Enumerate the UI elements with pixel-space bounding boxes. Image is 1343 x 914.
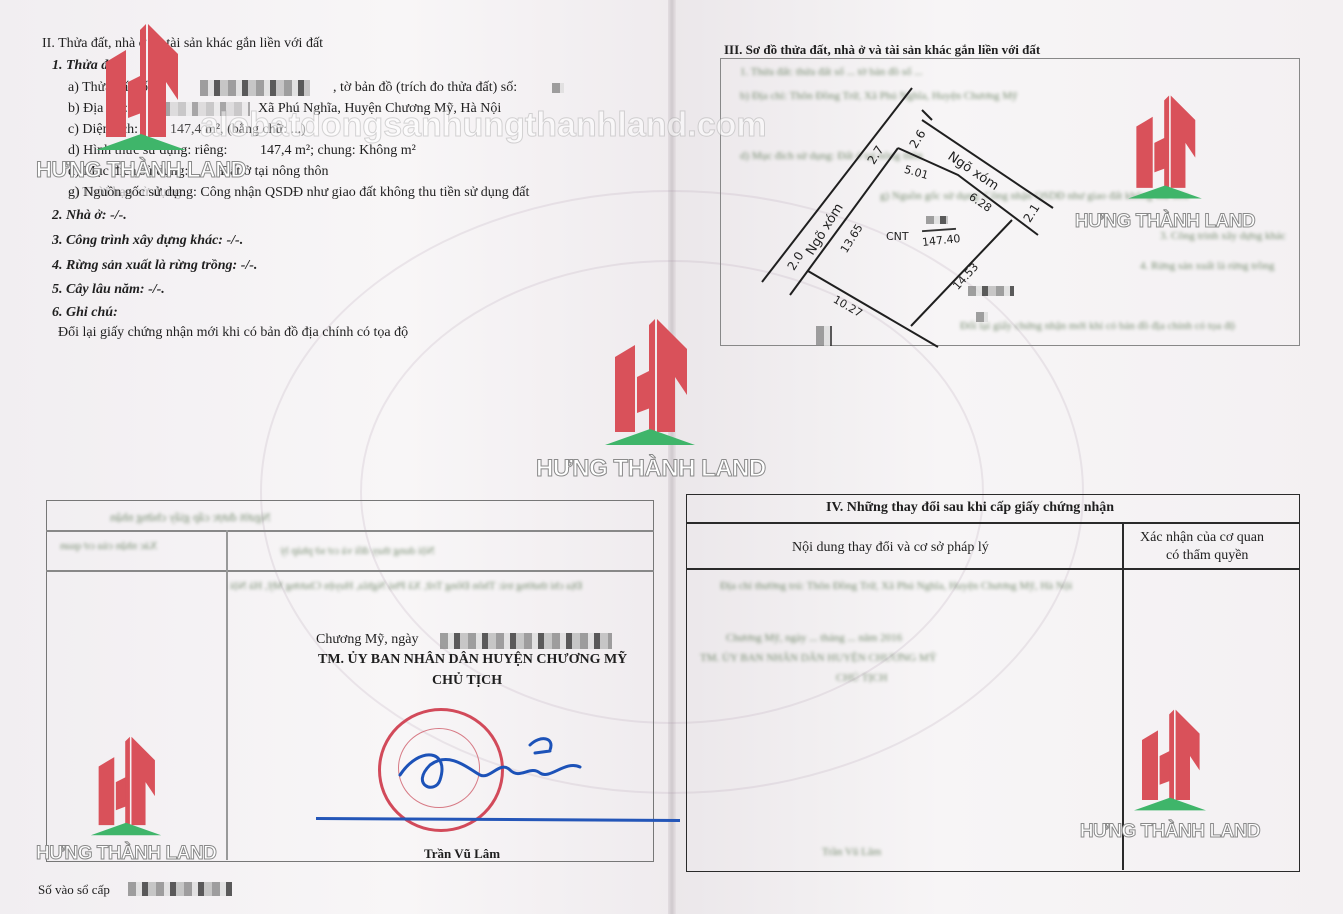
line-g-label: g) Nguồn gốc sử dụng: bbox=[68, 185, 197, 200]
line-a-suffix: , tờ bản đồ (trích đo thửa đất) số: bbox=[333, 80, 517, 96]
mirrored-text-4: Địa chỉ thường trú: Thôn Đồng Trữ, Xã Ph… bbox=[230, 580, 582, 592]
brand-watermark-top-right: HƯNG THÀNH LAND bbox=[1070, 88, 1260, 233]
register-no-label: Số vào sổ cấp bbox=[38, 882, 110, 898]
brand-name: HƯNG THÀNH LAND bbox=[1070, 211, 1260, 233]
changes-col-confirm-2: có thẩm quyền bbox=[1166, 548, 1248, 564]
brand-watermark-top-left: HƯNG THÀNH LAND bbox=[36, 22, 246, 183]
item-other-works: 3. Công trình xây dựng khác: -/-. bbox=[52, 233, 243, 249]
hung-thanh-logo-icon bbox=[86, 22, 196, 152]
mirrored-text-2: Xác nhận của cơ quan bbox=[60, 540, 157, 552]
item-notes: 6. Ghi chú: bbox=[52, 305, 118, 321]
left-frame-row2 bbox=[46, 570, 654, 572]
bleed-through-text-6: 4. Rừng sản xuất là rừng trồng bbox=[1140, 260, 1274, 272]
bleed-through-table-4: CHỦ TỊCH bbox=[836, 672, 887, 684]
section-3-title: III. Sơ đồ thửa đất, nhà ở và tài sản kh… bbox=[724, 42, 1040, 58]
bleed-through-table-1: Địa chỉ thường trú: Thôn Đồng Trữ, Xã Ph… bbox=[720, 580, 1072, 592]
issuing-org: TM. ỦY BAN NHÂN DÂN HUYỆN CHƯƠNG MỸ bbox=[318, 652, 627, 668]
line-g: g) Nguồn gốc sử dụng: Công nhận QSDĐ như… bbox=[68, 185, 529, 201]
changes-table-header-line bbox=[686, 522, 1300, 524]
bleed-through-table-3: TM. ỦY BAN NHÂN DÂN HUYỆN CHƯƠNG MỸ bbox=[700, 652, 937, 664]
signature-scribble bbox=[380, 725, 610, 805]
mirrored-text-1: Người được cấp giấy chứng nhận bbox=[110, 510, 271, 525]
redacted-neighbor-1 bbox=[968, 286, 1014, 296]
hung-thanh-logo-icon bbox=[1126, 704, 1214, 816]
line-g-value: Công nhận QSDĐ như giao đất không thu ti… bbox=[200, 185, 529, 200]
brand-name: HƯNG THÀNH LAND bbox=[36, 157, 246, 183]
hung-thanh-logo-icon bbox=[83, 734, 169, 838]
redacted-map-no bbox=[552, 83, 564, 93]
left-frame-row1 bbox=[46, 530, 654, 532]
bleed-through-table-2: Chương Mỹ, ngày ... tháng ... năm 2016 bbox=[726, 632, 902, 644]
hung-thanh-logo-icon bbox=[1120, 88, 1210, 206]
bleed-through-text-1: 1. Thửa đất: thửa đất số ... tờ bản đồ s… bbox=[740, 66, 923, 78]
redacted-register-no bbox=[128, 882, 232, 896]
brand-watermark-center: HƯNG THÀNH LAND bbox=[536, 314, 764, 483]
place-date: Chương Mỹ, ngày bbox=[316, 632, 419, 648]
plot-diagram bbox=[750, 80, 1070, 360]
site-watermark: alobatdongsanhungthanhland.com bbox=[200, 106, 767, 145]
redacted-date bbox=[440, 633, 612, 649]
signer-title: CHỦ TỊCH bbox=[432, 673, 502, 689]
changes-col-content: Nội dung thay đổi và cơ sở pháp lý bbox=[792, 540, 989, 556]
item-forest: 4. Rừng sản xuất là rừng trồng: -/-. bbox=[52, 258, 257, 274]
brand-name: HƯNG THÀNH LAND bbox=[1078, 821, 1262, 843]
section-4-title: IV. Những thay đổi sau khi cấp giấy chứn… bbox=[826, 500, 1114, 516]
brand-watermark-bottom-left: HƯNG THÀNH LAND bbox=[36, 734, 216, 865]
item-perennial: 5. Cây lâu năm: -/-. bbox=[52, 282, 165, 298]
brand-name: HƯNG THÀNH LAND bbox=[536, 455, 764, 483]
changes-col-confirm-1: Xác nhận của cơ quan bbox=[1140, 530, 1264, 546]
left-frame-col bbox=[226, 530, 228, 860]
changes-table-col-line bbox=[686, 568, 1300, 570]
item-house: 2. Nhà ở: -/-. bbox=[52, 208, 127, 224]
line-d-value: 147,4 m²; chung: Không m² bbox=[260, 143, 416, 159]
brand-name: HƯNG THÀNH LAND bbox=[36, 843, 216, 865]
hung-thanh-logo-icon bbox=[595, 314, 705, 450]
brand-watermark-bottom-right: HƯNG THÀNH LAND bbox=[1078, 704, 1262, 843]
signer-name: Trần Vũ Lâm bbox=[424, 846, 500, 862]
redacted-neighbor-2 bbox=[976, 312, 988, 322]
mirrored-text-3: Nội dung thay đổi và cơ sở pháp lý bbox=[280, 545, 435, 557]
redacted-parcel-id bbox=[926, 216, 948, 224]
note-text: Đổi lại giấy chứng nhận mới khi có bản đ… bbox=[58, 325, 408, 341]
redacted-neighbor-3 bbox=[816, 326, 832, 346]
bleed-through-table-5: Trần Vũ Lâm bbox=[822, 846, 881, 858]
land-type-code: CNT bbox=[886, 230, 909, 243]
